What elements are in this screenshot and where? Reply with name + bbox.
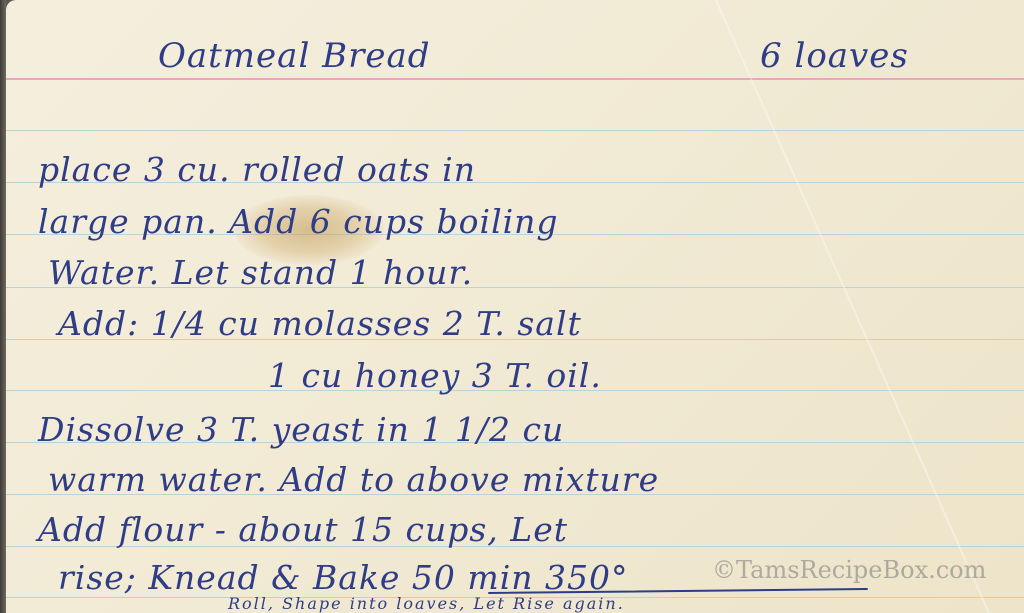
instruction-line-5: 1 cu honey 3 T. oil. (268, 356, 602, 395)
recipe-card: Oatmeal Bread 6 loaves place 3 cu. rolle… (6, 0, 1024, 613)
paper-crease (706, 0, 993, 613)
header-rule (6, 78, 1024, 80)
ruled-line (6, 130, 1024, 131)
instruction-line-1: place 3 cu. rolled oats in (38, 150, 476, 189)
instruction-line-2: large pan. Add 6 cups boiling (38, 202, 559, 241)
instruction-line-3: Water. Let stand 1 hour. (48, 253, 473, 292)
instruction-line-4: Add: 1/4 cu molasses 2 T. salt (58, 304, 582, 343)
recipe-yield: 6 loaves (760, 36, 909, 76)
instruction-line-6: Dissolve 3 T. yeast in 1 1/2 cu (38, 410, 564, 449)
watermark: ©TamsRecipeBox.com (712, 556, 986, 584)
instruction-line-7: warm water. Add to above mixture (48, 460, 659, 499)
footnote-line: Roll, Shape into loaves, Let Rise again. (228, 594, 625, 613)
recipe-title: Oatmeal Bread (158, 36, 431, 76)
instruction-line-8: Add flour - about 15 cups, Let (38, 510, 568, 549)
